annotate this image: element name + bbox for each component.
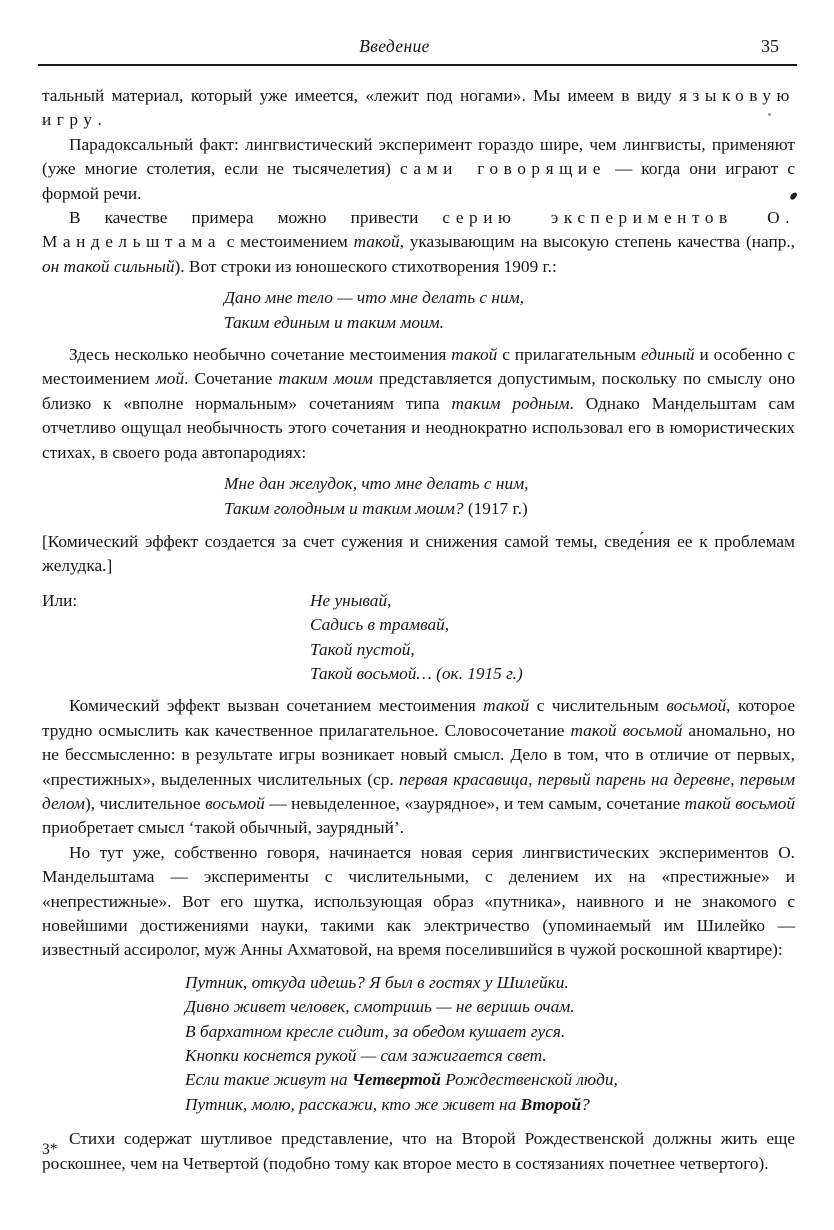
text-run: ), числительное — [85, 794, 205, 813]
verse-line: Дано мне тело — что мне делать с ним, — [224, 286, 795, 310]
verse-line: Путник, откуда идешь? Я был в гостях у Ш… — [185, 971, 795, 995]
verse-stomach-1917: Мне дан желудок, что мне делать с ним, Т… — [224, 472, 795, 521]
text-run: Комический эффект вызван сочетанием мест… — [69, 696, 483, 715]
date-run: (1917 г.) — [464, 499, 528, 518]
text-run: Но тут уже, собственно говоря, начинаетс… — [42, 843, 795, 960]
signature-mark: 3* — [42, 1141, 58, 1159]
paragraph-comic-effect: Комический эффект вызван сочетанием мест… — [42, 694, 795, 840]
italic-run: Рождественской люди, — [441, 1070, 618, 1089]
italic-run: такой — [354, 232, 400, 251]
italic-run: такой — [483, 696, 529, 715]
italic-run: такой — [451, 345, 497, 364]
italic-run: он такой сильный — [42, 257, 175, 276]
text-run: с местоимением — [221, 232, 354, 251]
verse-line: Дивно живет человек, смотришь — не вериш… — [185, 995, 795, 1019]
verse-line: Садись в трамвай, — [310, 613, 795, 637]
text-run: . Сочетание — [184, 369, 278, 388]
italic-run: таким родным — [451, 394, 569, 413]
book-page: Введение 35 тальный материал, который уж… — [0, 0, 834, 1230]
italic-run: Путник, молю, расскажи, кто же живет на — [185, 1095, 521, 1114]
verse-line: Таким голодным и таким моим? (1917 г.) — [224, 497, 795, 521]
verse-line: Не унывай, — [310, 589, 795, 613]
italic-run: Такой восьмой… — [310, 664, 432, 683]
bold-italic-run: Четвертой — [352, 1070, 441, 1089]
verse-line: Кнопки коснется рукой — сам зажигается с… — [185, 1044, 795, 1068]
verse-tram-1915-row: Или: Не унывай, Садись в трамвай, Такой … — [42, 589, 795, 687]
text-run: , указывающим на высокую степень качеств… — [400, 232, 795, 251]
text-run: ). Вот строки из юношеского стихотворени… — [175, 257, 557, 276]
italic-run: единый — [641, 345, 695, 364]
paragraph-language-game: тальный материал, который уже имеется, «… — [42, 84, 795, 133]
paragraph-paradox: Парадоксальный факт: лингвистический экс… — [42, 133, 795, 206]
italic-run: ? — [581, 1095, 590, 1114]
section-title: Введение — [18, 36, 771, 57]
date-run: (ок. 1915 г.) — [432, 664, 523, 683]
italic-run: такой восьмой — [570, 721, 682, 740]
body-text: тальный материал, который уже имеется, «… — [42, 84, 795, 1176]
text-run: с прилагательным — [497, 345, 641, 364]
italic-run: такой восьмой — [685, 794, 795, 813]
verse-putnik: Путник, откуда идешь? Я был в гостях у Ш… — [185, 971, 795, 1117]
verse-mandelstam-1909: Дано мне тело — что мне делать с ним, Та… — [224, 286, 795, 335]
verse-line: Такой пустой, — [310, 638, 795, 662]
text-run: Стихи содержат шутливое представление, ч… — [42, 1129, 795, 1172]
text-run: . — [98, 110, 102, 129]
header-rule — [38, 64, 797, 66]
italic-run: Если такие живут на — [185, 1070, 352, 1089]
italic-run: мой — [156, 369, 184, 388]
paragraph-conclusion: Стихи содержат шутливое представление, ч… — [42, 1127, 795, 1176]
verse-tram-1915: Не унывай, Садись в трамвай, Такой пусто… — [310, 589, 795, 687]
verse-line: Если такие живут на Четвертой Рождествен… — [185, 1068, 795, 1092]
verse-line: Такой восьмой… (ок. 1915 г.) — [310, 662, 795, 686]
text-run: с числительным — [529, 696, 666, 715]
verse-line: Путник, молю, расскажи, кто же живет на … — [185, 1093, 795, 1117]
italic-run: таким моим — [278, 369, 373, 388]
running-head: Введение 35 — [42, 36, 795, 62]
verse-line: Таким единым и таким моим. — [224, 311, 795, 335]
bold-italic-run: Второй — [521, 1095, 581, 1114]
italic-run: восьмой — [666, 696, 726, 715]
italic-run: восьмой — [205, 794, 265, 813]
paragraph-new-series: Но тут уже, собственно говоря, начинаетс… — [42, 841, 795, 963]
letterspaced-run: сами говорящие — [400, 159, 606, 178]
paragraph-example-intro: В качестве примера можно привести серию … — [42, 206, 795, 279]
text-run: приобретает смысл ‘такой обычный, зауряд… — [42, 818, 404, 837]
italic-run: Таким голодным и таким моим? — [224, 499, 464, 518]
paragraph-analysis-takoy: Здесь несколько необычно сочетание место… — [42, 343, 795, 465]
page-number: 35 — [761, 36, 779, 57]
paragraph-comic-note: [Комический эффект создается за счет суж… — [42, 530, 795, 579]
verse-line: В бархатном кресле сидит, за обедом куша… — [185, 1020, 795, 1044]
or-label: Или: — [42, 589, 77, 613]
text-run: — невыделенное, «заурядное», и тем самым… — [265, 794, 685, 813]
text-run: [Комический эффект создается за счет суж… — [42, 532, 795, 575]
text-run: Здесь несколько необычно сочетание место… — [69, 345, 451, 364]
text-run: В качестве примера можно привести — [69, 208, 442, 227]
verse-line: Мне дан желудок, что мне делать с ним, — [224, 472, 795, 496]
text-run: тальный материал, который уже имеется, «… — [42, 86, 679, 105]
